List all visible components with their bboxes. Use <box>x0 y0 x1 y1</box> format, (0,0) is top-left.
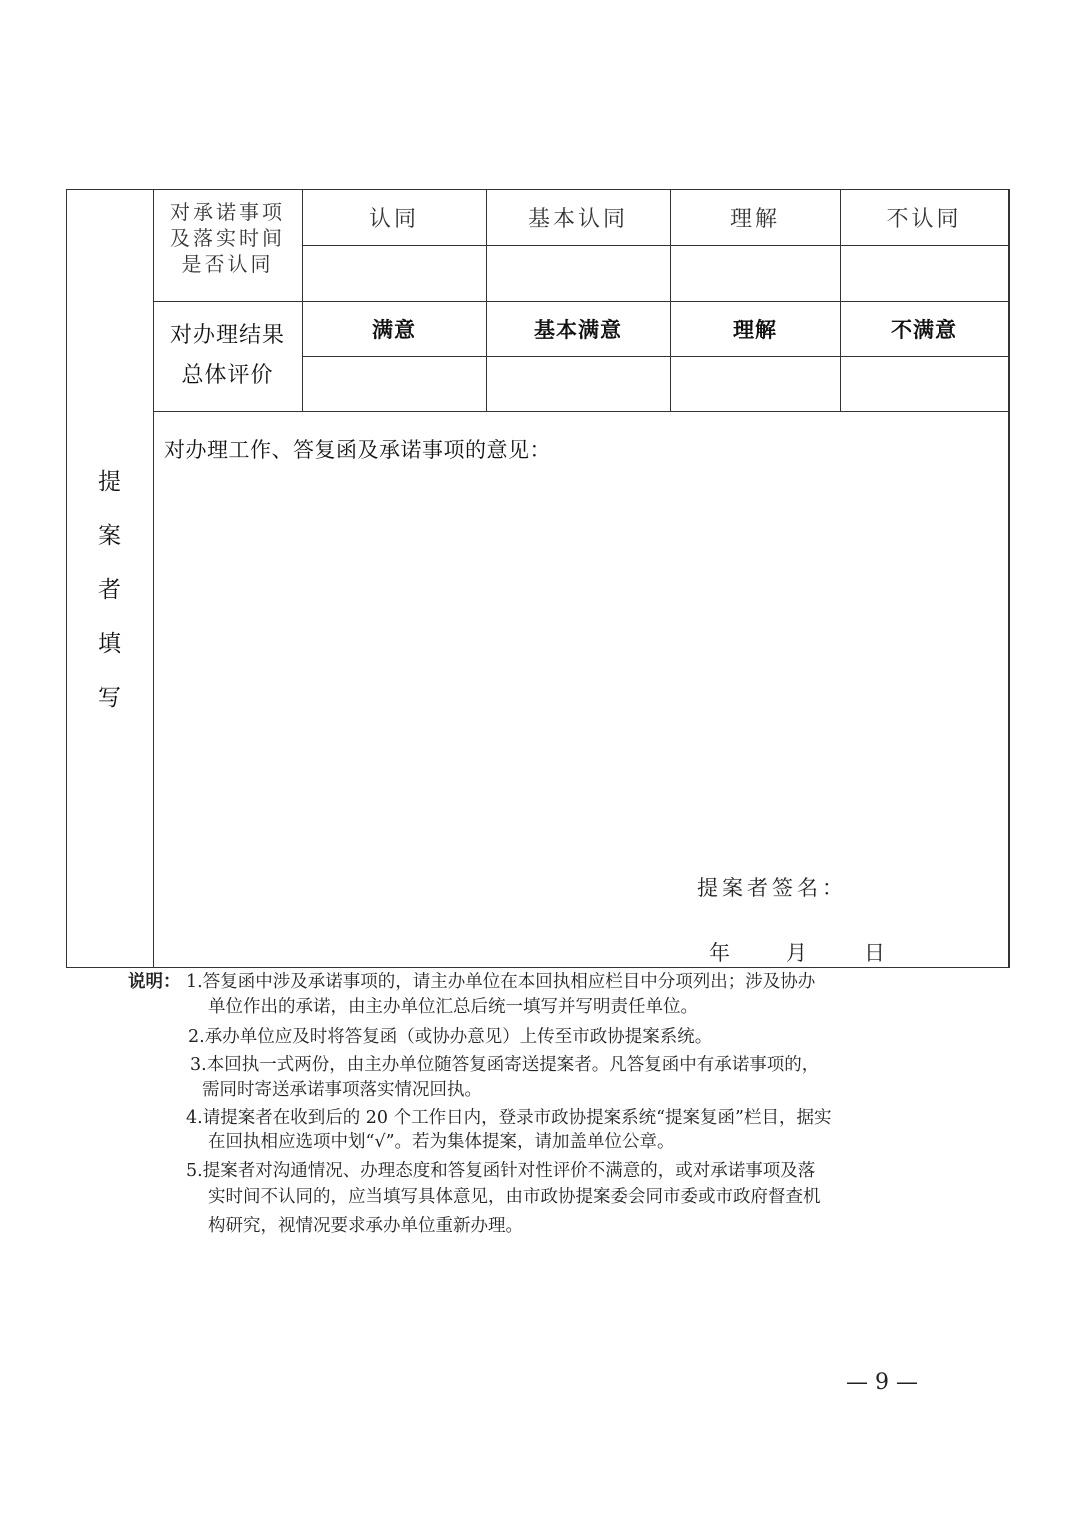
checkbox-cell-satisfied[interactable] <box>303 357 486 411</box>
note-line: 3.本回执一式两份，由主办单位随答复函寄送提案者。凡答复函中有承诺事项的， <box>190 1053 819 1077</box>
section-label-char: 填 <box>98 617 121 671</box>
row-label-commitment-agreement: 对承诺事项 及落实时间 是否认同 <box>153 191 302 301</box>
checkbox-cell-basically-agree[interactable] <box>487 246 670 301</box>
note-line: 2.承办单位应及时将答复函（或协办意见）上传至市政协提案系统。 <box>188 1025 712 1049</box>
page-number: — 9 — <box>846 1370 918 1395</box>
note-line: 1.答复函中涉及承诺事项的，请主办单位在本回执相应栏目中分项列出；涉及协办 <box>186 970 815 994</box>
option-agree: 认同 <box>302 189 486 245</box>
option-understand: 理解 <box>670 301 840 356</box>
option-satisfied: 满意 <box>302 301 486 356</box>
table-border-right <box>1008 189 1010 968</box>
option-understand: 理解 <box>670 189 840 245</box>
signature-field[interactable] <box>835 868 995 904</box>
checkbox-cell-dissatisfied[interactable] <box>841 357 1008 411</box>
option-basically-satisfied: 基本满意 <box>486 301 670 356</box>
section-label-proposer-fill: 提 案 者 填 写 <box>66 455 153 725</box>
option-basically-agree: 基本认同 <box>486 189 670 245</box>
checkbox-cell-disagree[interactable] <box>841 246 1008 301</box>
date-year-label: 年 <box>709 937 730 967</box>
checkbox-cell-basically-satisfied[interactable] <box>487 357 670 411</box>
option-dissatisfied: 不满意 <box>840 301 1008 356</box>
checkbox-cell-agree[interactable] <box>303 246 486 301</box>
note-line: 构研究，视情况要求承办单位重新办理。 <box>208 1214 523 1238</box>
checkbox-cell-understand[interactable] <box>671 246 840 301</box>
comments-title: 对办理工作、答复函及承诺事项的意见： <box>164 434 551 464</box>
row-label-line: 及落实时间 <box>170 225 285 251</box>
table-border-bottom <box>66 967 1009 968</box>
comments-field[interactable] <box>160 470 1000 860</box>
row-label-line: 对承诺事项 <box>170 199 285 225</box>
option-disagree: 不认同 <box>840 189 1008 245</box>
row-label-line: 是否认同 <box>182 251 274 277</box>
date-day-label: 日 <box>864 937 885 967</box>
section-label-char: 写 <box>98 671 121 725</box>
note-line: 实时间不认同的，应当填写具体意见，由市政协提案委会同市委或市政府督查机 <box>208 1185 821 1209</box>
section-label-char: 案 <box>98 509 121 563</box>
note-line: 4.请提案者在收到后的 20 个工作日内，登录市政协提案系统“提案复函”栏目，据… <box>186 1106 831 1130</box>
section-label-char: 者 <box>98 563 121 617</box>
row-label-line: 对办理结果 <box>170 316 285 356</box>
date-month-label: 月 <box>786 937 807 967</box>
row-label-line: 总体评价 <box>181 356 273 396</box>
signature-label: 提案者签名： <box>697 872 847 902</box>
row2-bottom-line <box>153 411 1009 412</box>
note-line: 在回执相应选项中划“√”。若为集体提案，请加盖单位公章。 <box>208 1130 675 1154</box>
notes-heading: 说明： <box>128 970 181 994</box>
note-line: 需同时寄送承诺事项落实情况回执。 <box>202 1078 482 1102</box>
note-line: 单位作出的承诺，由主办单位汇总后统一填写并写明责任单位。 <box>208 995 698 1019</box>
row-label-overall-evaluation: 对办理结果 总体评价 <box>153 301 302 411</box>
note-line: 5.提案者对沟通情况、办理态度和答复函针对性评价不满意的，或对承诺事项及落 <box>186 1159 815 1183</box>
section-label-char: 提 <box>98 455 121 509</box>
checkbox-cell-understand[interactable] <box>671 357 840 411</box>
